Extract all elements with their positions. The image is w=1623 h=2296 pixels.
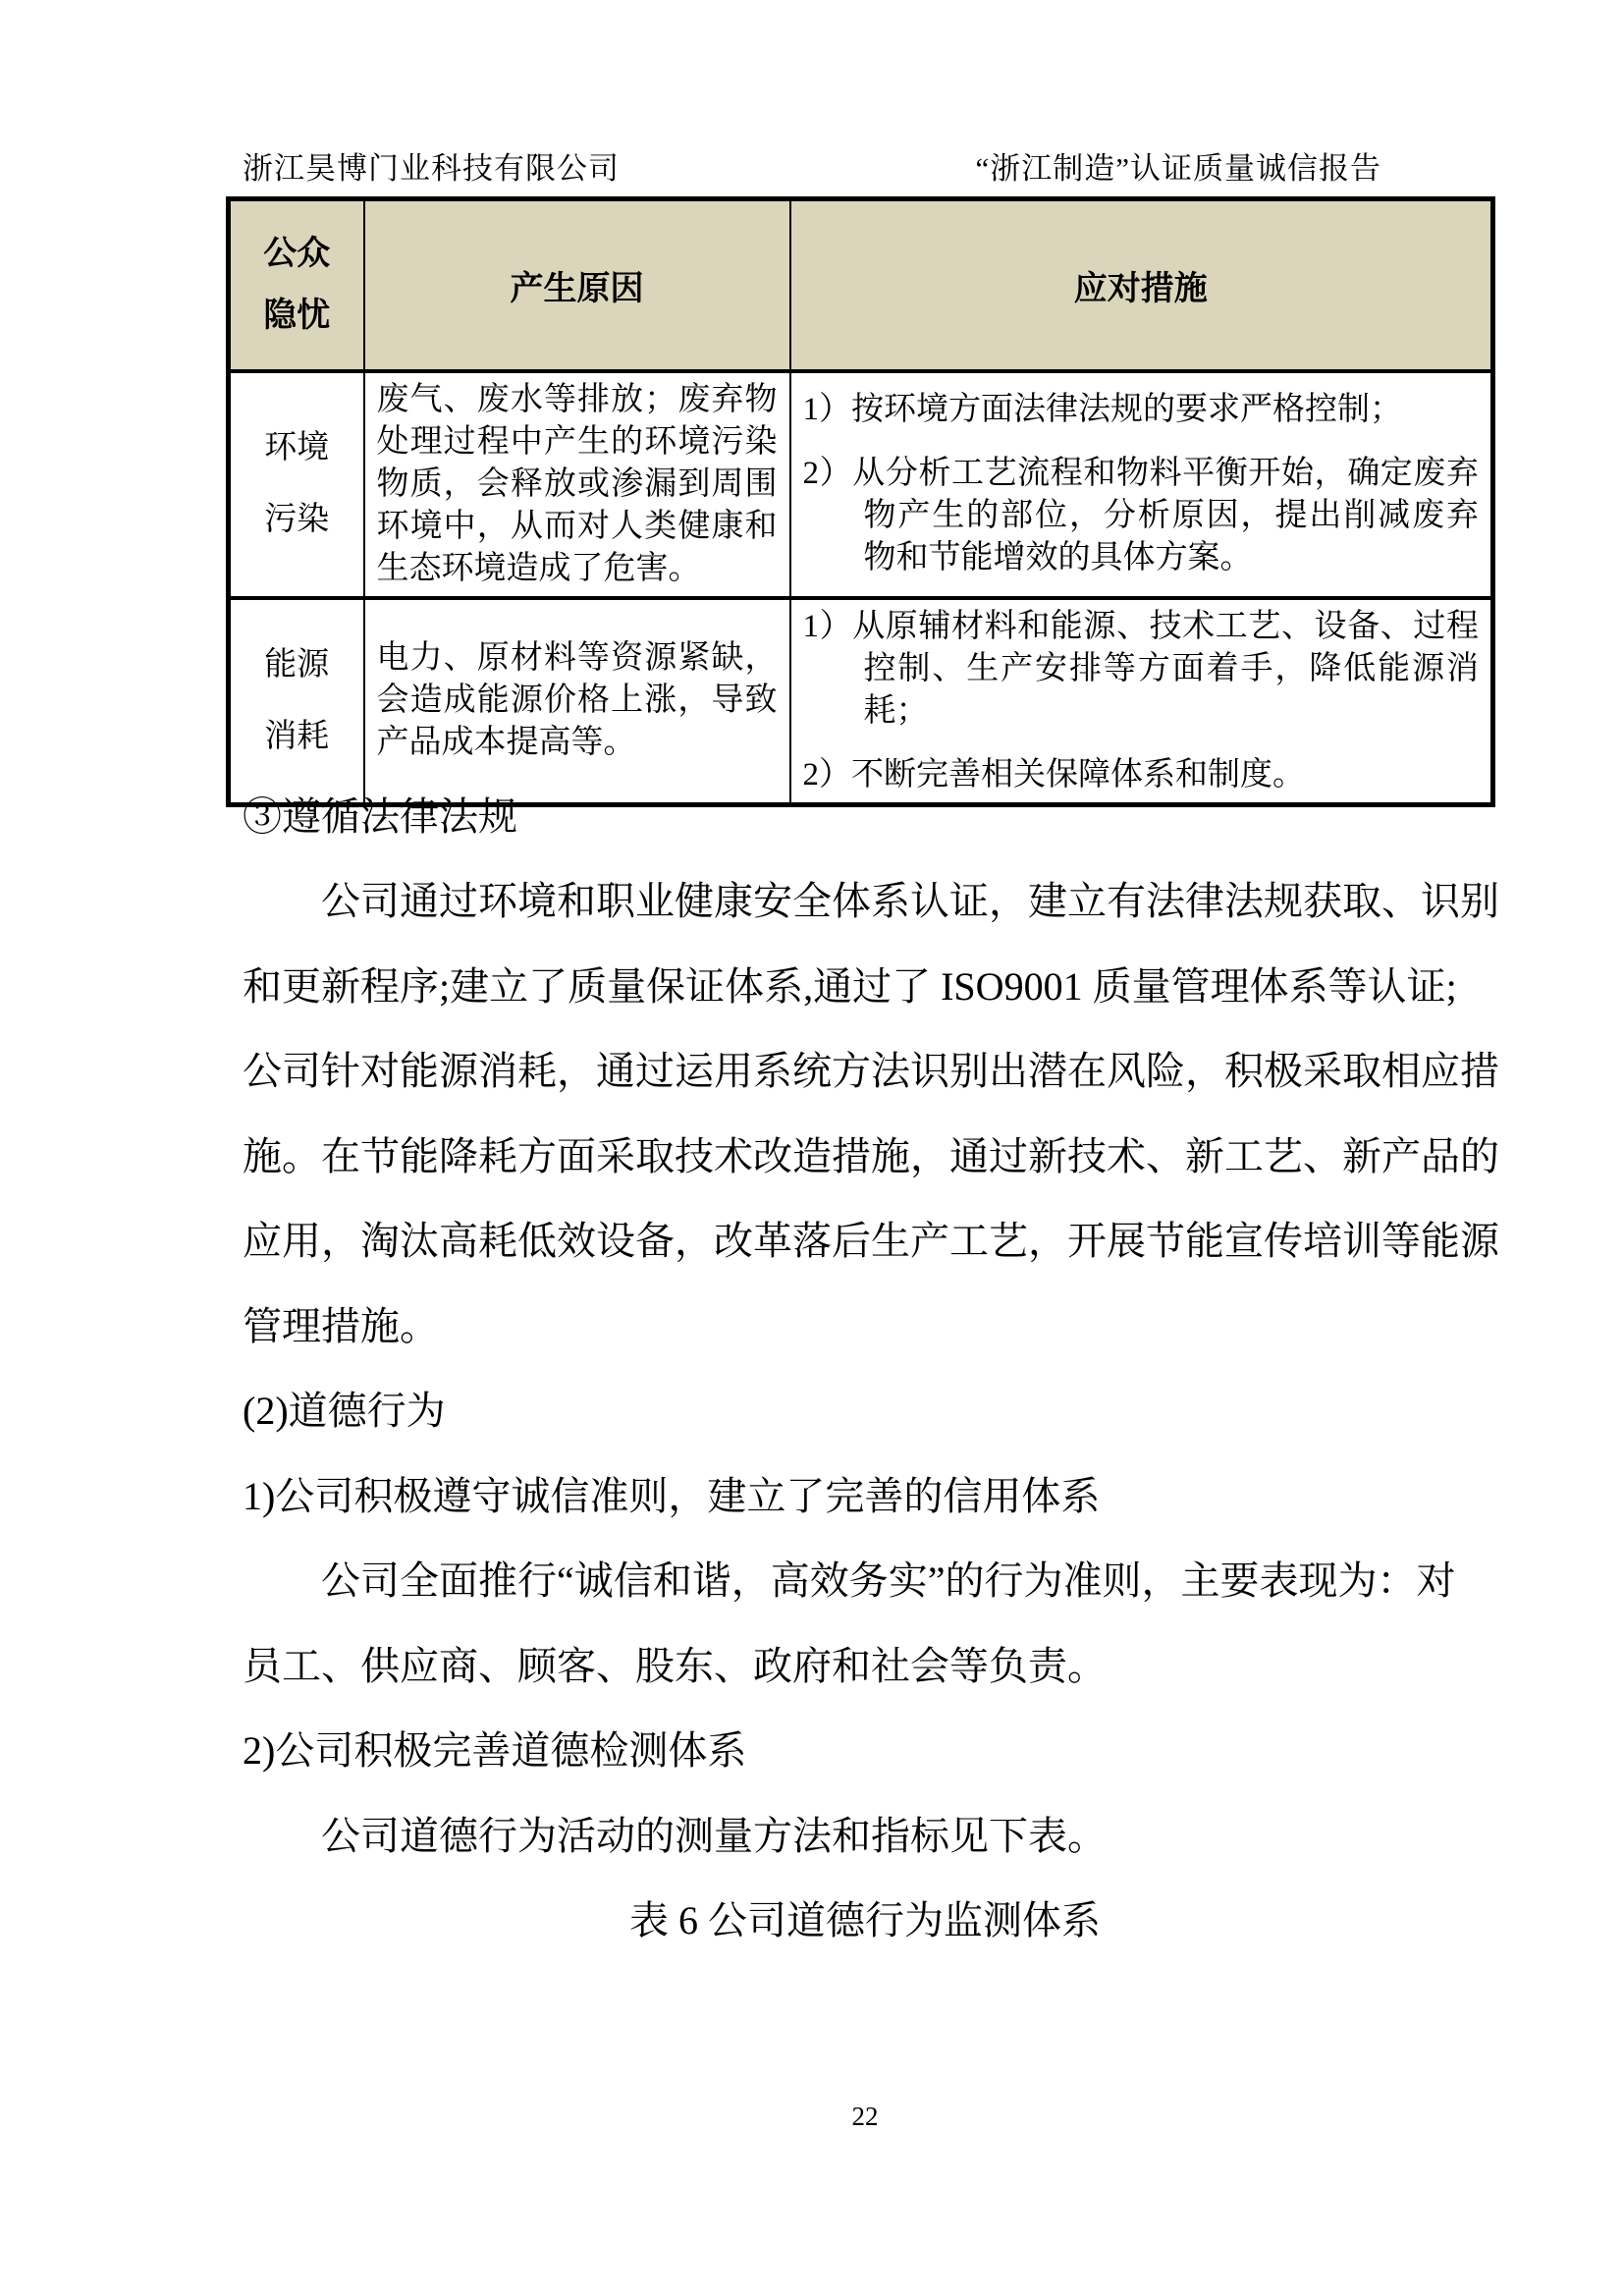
text-line: 管理措施。: [243, 1281, 1488, 1366]
table-header-cell: 应对措施: [790, 199, 1493, 371]
measures-cell: 1）按环境方面法律法规的要求严格控制； 2）从分析工艺流程和物料平衡开始，确定废…: [790, 371, 1493, 598]
concern-cell: 环境 污染: [229, 371, 364, 598]
text-line: 和更新程序;建立了质量保证体系,通过了 ISO9001 质量管理体系等认证;: [243, 941, 1488, 1026]
table-row: 环境 污染 废气、废水等排放；废弃物处理过程中产生的环境污染物质，会释放或渗漏到…: [229, 371, 1493, 598]
concern-line1: 能源: [243, 629, 352, 701]
cause-cell: 废气、废水等排放；废弃物处理过程中产生的环境污染物质，会释放或渗漏到周围环境中，…: [364, 371, 790, 598]
text-line: 应用，淘汰高耗低效设备，改革落后生产工艺，开展节能宣传培训等能源: [243, 1196, 1488, 1282]
concern-line1: 环境: [243, 412, 352, 484]
page-footer: 22: [243, 2102, 1488, 2132]
text-line-heading: (2)道德行为: [243, 1366, 1488, 1451]
document-page: 浙江昊博门业科技有限公司 “浙江制造”认证质量诚信报告 公众 隐忧 产生原因 应…: [0, 0, 1623, 2296]
table-header-cell: 产生原因: [364, 199, 790, 371]
table-header-cell: 公众 隐忧: [229, 199, 364, 371]
header-company-name: 浙江昊博门业科技有限公司: [243, 143, 620, 188]
measure-item: 2）从分析工艺流程和物料平衡开始，确定废弃物产生的部位，分析原因，提出削减废弃物…: [803, 453, 1480, 579]
measure-item: 1）按环境方面法律法规的要求严格控制；: [803, 389, 1480, 431]
text-line-heading: 1)公司积极遵守诚信准则，建立了完善的信用体系: [243, 1450, 1488, 1536]
header-concern-line2: 隐忧: [243, 285, 352, 347]
text-line: 公司通过环境和职业健康安全体系认证，建立有法律法规获取、识别: [243, 856, 1488, 942]
text-line-heading: 2)公司积极完善道德检测体系: [243, 1706, 1488, 1791]
concern-line2: 污染: [243, 484, 352, 556]
text-line: 公司全面推行“诚信和谐，高效务实”的行为准则，主要表现为：对: [243, 1536, 1488, 1621]
text-line: 公司道德行为活动的测量方法和指标见下表。: [243, 1790, 1488, 1876]
body-text: ③遵循法律法规 公司通过环境和职业健康安全体系认证，建立有法律法规获取、识别 和…: [243, 771, 1488, 1960]
header-concern-line1: 公众: [243, 223, 352, 285]
public-concerns-table: 公众 隐忧 产生原因 应对措施 环境 污染 废气、废水等排放；废弃物处理过程中产…: [226, 196, 1495, 807]
header-report-title: “浙江制造”认证质量诚信报告: [975, 143, 1381, 188]
table-caption: 表 6 公司道德行为监测体系: [243, 1876, 1488, 1961]
text-line: 员工、供应商、顾客、股东、政府和社会等负责。: [243, 1620, 1488, 1706]
measure-item: 1）从原辅材料和能源、技术工艺、设备、过程控制、生产安排等方面着手，降低能源消耗…: [803, 606, 1480, 733]
page-number: 22: [852, 2102, 879, 2131]
concern-line2: 消耗: [243, 701, 352, 773]
text-line: 施。在节能降耗方面采取技术改造措施，通过新技术、新工艺、新产品的: [243, 1111, 1488, 1196]
table-header-row: 公众 隐忧 产生原因 应对措施: [229, 199, 1493, 371]
text-line-heading: ③遵循法律法规: [243, 771, 1488, 856]
text-line: 公司针对能源消耗，通过运用系统方法识别出潜在风险，积极采取相应措: [243, 1026, 1488, 1112]
page-header: 浙江昊博门业科技有限公司 “浙江制造”认证质量诚信报告: [243, 143, 1381, 188]
